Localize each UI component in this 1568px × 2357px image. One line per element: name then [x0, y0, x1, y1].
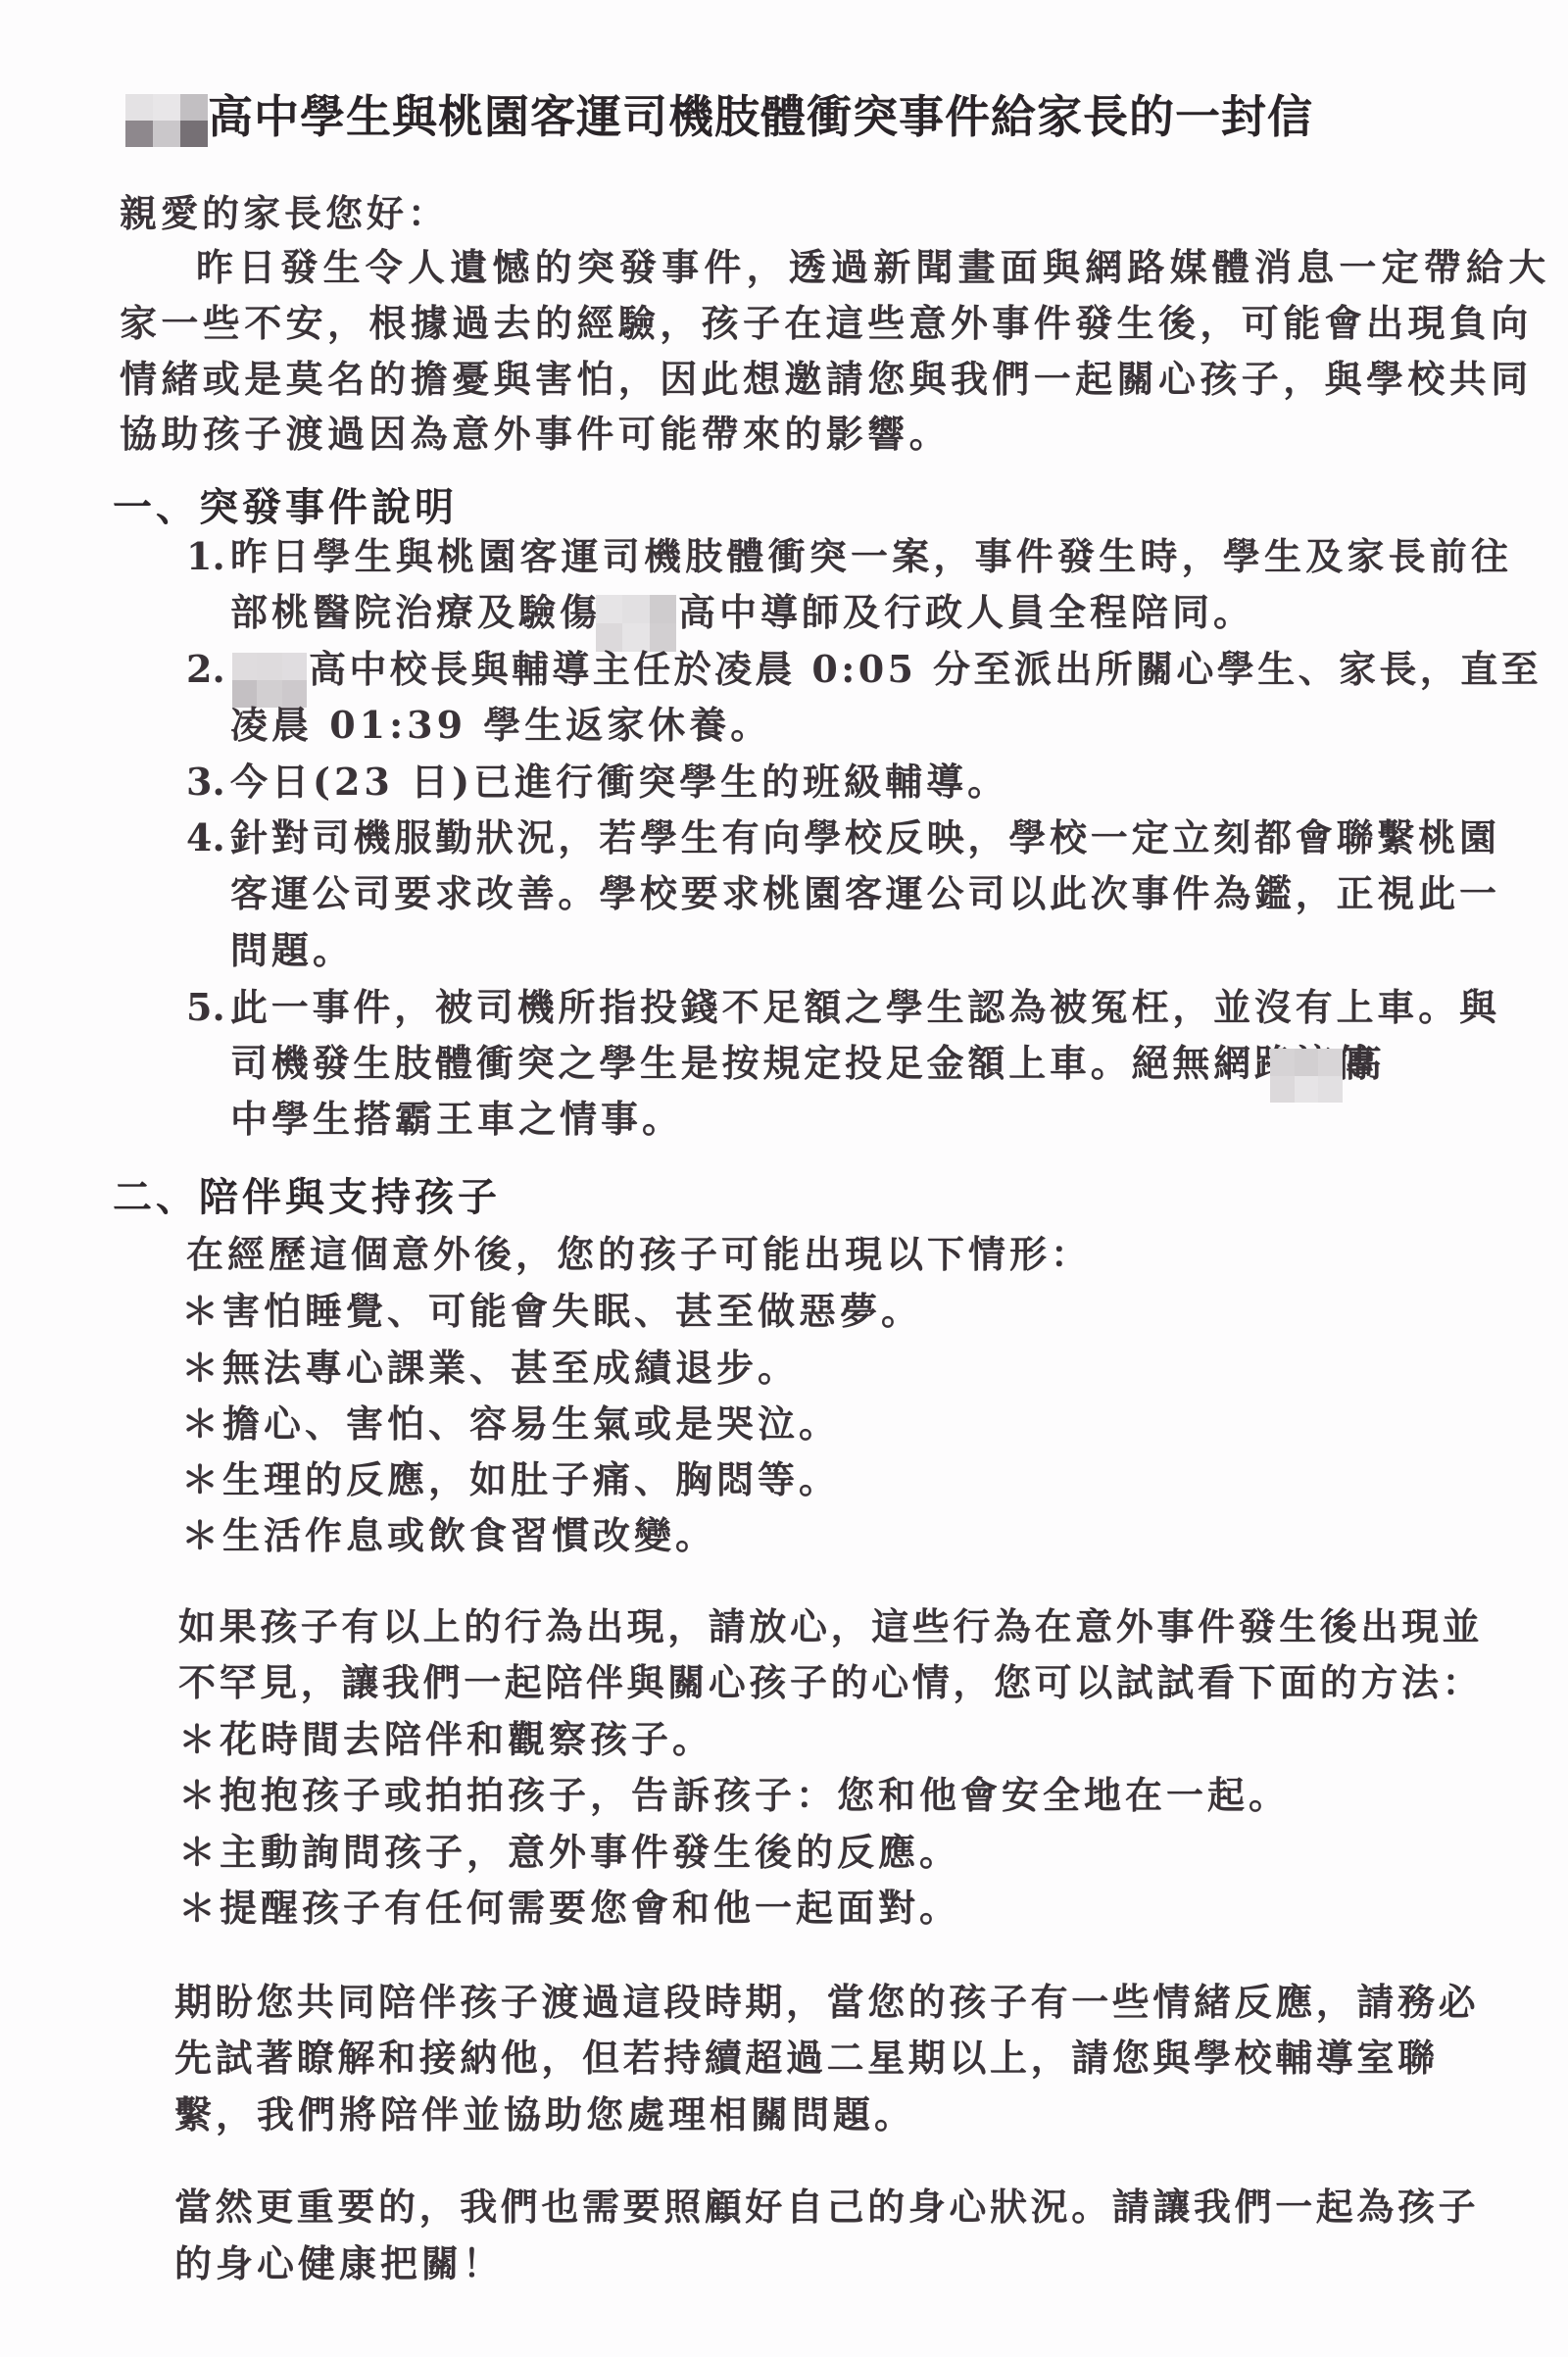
intro-line: 昨日發生令人遺憾的突發事件，透過新聞畫面與網路媒體消息一定帶給大 [196, 245, 1550, 290]
method-item: ＊提醒孩子有任何需要您會和他一起面對。 [178, 1886, 960, 1931]
closing-line: 的身心健康把關！ [174, 2241, 504, 2286]
list-item-line: 凌晨 01:39 學生返家休養。 [230, 703, 771, 748]
greeting: 親愛的家長您好： [120, 191, 449, 236]
list-item-line: 部桃醫院治療及驗傷。 [230, 590, 642, 635]
method-item: ＊主動詢問孩子，意外事件發生後的反應。 [178, 1830, 960, 1875]
symptom-item: ＊生活作息或飲食習慣改變。 [181, 1513, 716, 1558]
closing-line: 期盼您共同陪伴孩子渡過這段時期，當您的孩子有一些情緒反應，請務必 [174, 1980, 1479, 2025]
item-number: 1. [186, 534, 225, 579]
list-item-line: 高中校長與輔導主任於凌晨 0:05 分至派出所關心學生、家長，直至 [309, 647, 1542, 692]
list-item-line: 問題。 [230, 928, 354, 973]
method-item: ＊花時間去陪伴和觀察孩子。 [178, 1717, 713, 1762]
symptom-item: ＊無法專心課業、甚至成績退步。 [181, 1346, 799, 1391]
section2-heading: 二、陪伴與支持孩子 [113, 1175, 501, 1220]
list-item-line: 高 [1345, 1041, 1386, 1086]
method-item: ＊抱抱孩子或拍拍孩子，告訴孩子：您和他會安全地在一起。 [178, 1773, 1290, 1818]
closing-line: 當然更重要的，我們也需要照顧好自己的身心狀況。請讓我們一起為孩子 [174, 2185, 1479, 2230]
item-number: 5. [186, 985, 225, 1030]
item-number: 3. [186, 760, 225, 805]
list-item-line: 針對司機服勤狀況，若學生有向學校反映，學校一定立刻都會聯繫桃園 [230, 815, 1500, 860]
symptom-item: ＊害怕睡覺、可能會失眠、甚至做惡夢。 [181, 1289, 922, 1334]
redacted-school-name-title [125, 94, 208, 147]
advice-line: 如果孩子有以上的行為出現，請放心，這些行為在意外事件發生後出現並 [178, 1604, 1483, 1649]
section2-intro: 在經歷這個意外後，您的孩子可能出現以下情形： [186, 1232, 1092, 1277]
redacted-school-name [1270, 1049, 1343, 1103]
list-item-line: 高中導師及行政人員全程陪同。 [678, 590, 1254, 635]
closing-line: 先試著瞭解和接納他，但若持續超過二星期以上，請您與學校輔導室聯 [174, 2036, 1439, 2081]
redacted-school-name [232, 653, 307, 708]
item-number: 2. [186, 647, 225, 692]
list-item-line: 司機發生肢體衝突之學生是按規定投足金額上車。絕無網路流傳 [230, 1041, 1377, 1086]
intro-line: 情緒或是莫名的擔憂與害怕，因此想邀請您與我們一起關心孩子，與學校共同 [120, 357, 1533, 402]
list-item-line: 昨日學生與桃園客運司機肢體衝突一案，事件發生時，學生及家長前往 [230, 534, 1512, 579]
list-item-line: 客運公司要求改善。學校要求桃園客運公司以此次事件為鑑，正視此一 [230, 871, 1500, 916]
symptom-item: ＊擔心、害怕、容易生氣或是哭泣。 [181, 1401, 840, 1447]
symptom-item: ＊生理的反應，如肚子痛、胸悶等。 [181, 1457, 840, 1502]
intro-line: 家一些不安，根據過去的經驗，孩子在這些意外事件發生後，可能會出現負向 [120, 301, 1533, 346]
advice-line: 不罕見，讓我們一起陪伴與關心孩子的心情，您可以試試看下面的方法： [178, 1660, 1483, 1705]
page-title: 高中學生與桃園客運司機肢體衝突事件給家長的一封信 [208, 90, 1313, 143]
section1-heading: 一、突發事件說明 [113, 485, 458, 530]
item-number: 4. [186, 815, 225, 860]
intro-line: 協助孩子渡過因為意外事件可能帶來的影響。 [120, 412, 951, 457]
closing-line: 繫，我們將陪伴並協助您處理相關問題。 [174, 2092, 915, 2137]
list-item-line: 此一事件，被司機所指投錢不足額之學生認為被冤枉，並沒有上車。與 [230, 985, 1500, 1030]
list-item-line: 中學生搭霸王車之情事。 [230, 1097, 683, 1142]
redacted-school-name [596, 595, 676, 652]
list-item-line: 今日(23 日)已進行衝突學生的班級輔導。 [230, 760, 1008, 805]
